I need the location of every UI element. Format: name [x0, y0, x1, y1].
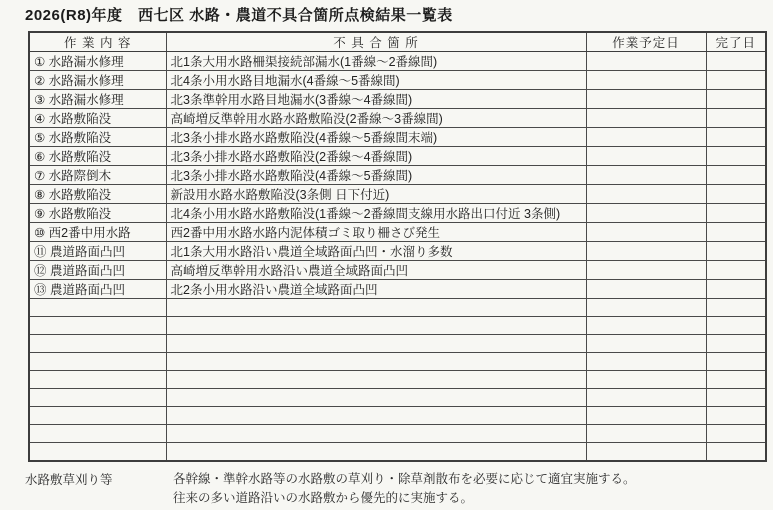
cell-scheduled — [586, 242, 706, 261]
table-row: ⑩ 西2番中用水路西2番中用水路水路内泥体積ゴミ取り柵さび発生 — [29, 223, 766, 242]
cell-location — [166, 353, 586, 371]
cell-work: ⑨ 水路敷陥没 — [29, 204, 166, 223]
cell-completed — [706, 204, 766, 223]
footer-note-line: 往来の多い道路沿いの水路敷から優先的に実施する。 — [173, 489, 636, 508]
cell-completed — [706, 425, 766, 443]
cell-scheduled — [586, 335, 706, 353]
cell-completed — [706, 389, 766, 407]
cell-scheduled — [586, 389, 706, 407]
cell-location: 高崎増反準幹用水路沿い農道全域路面凸凹 — [166, 261, 586, 280]
table-header-row: 作 業 内 容 不 具 合 箇 所 作業予定日 完了日 — [29, 32, 766, 52]
cell-scheduled — [586, 71, 706, 90]
cell-work — [29, 371, 166, 389]
cell-work: ④ 水路敷陥没 — [29, 109, 166, 128]
table-row: ② 水路漏水修理北4条小用水路目地漏水(4番線〜5番線間) — [29, 71, 766, 90]
cell-scheduled — [586, 317, 706, 335]
cell-completed — [706, 371, 766, 389]
cell-completed — [706, 90, 766, 109]
cell-scheduled — [586, 371, 706, 389]
cell-scheduled — [586, 185, 706, 204]
column-header-completion-date: 完了日 — [706, 32, 766, 52]
cell-completed — [706, 128, 766, 147]
scanned-document-page: 2026(R8)年度 西七区 水路・農道不具合箇所点検結果一覧表 作 業 内 容… — [0, 0, 773, 510]
cell-work: ② 水路漏水修理 — [29, 71, 166, 90]
inspection-results-table: 作 業 内 容 不 具 合 箇 所 作業予定日 完了日 ① 水路漏水修理北1条大… — [28, 31, 767, 462]
cell-completed — [706, 353, 766, 371]
cell-completed — [706, 299, 766, 317]
cell-scheduled — [586, 425, 706, 443]
cell-completed — [706, 71, 766, 90]
cell-scheduled — [586, 128, 706, 147]
cell-work: ⑪ 農道路面凸凹 — [29, 242, 166, 261]
cell-location — [166, 299, 586, 317]
cell-location: 北4条小用水路目地漏水(4番線〜5番線間) — [166, 71, 586, 90]
cell-work — [29, 389, 166, 407]
table-row — [29, 371, 766, 389]
table-row — [29, 443, 766, 462]
cell-location: 北3条小排水路水路敷陥没(2番線〜4番線間) — [166, 147, 586, 166]
cell-scheduled — [586, 147, 706, 166]
cell-work: ⑦ 水路際倒木 — [29, 166, 166, 185]
table-row: ⑦ 水路際倒木北3条小排水路水路敷陥没(4番線〜5番線間) — [29, 166, 766, 185]
cell-completed — [706, 280, 766, 299]
cell-scheduled — [586, 223, 706, 242]
footer-note-line: 各幹線・準幹水路等の水路敷の草刈り・除草剤散布を必要に応じて適宜実施する。 — [173, 470, 636, 489]
cell-work: ③ 水路漏水修理 — [29, 90, 166, 109]
cell-work: ⑩ 西2番中用水路 — [29, 223, 166, 242]
table-row: ① 水路漏水修理北1条大用水路柵渠接続部漏水(1番線〜2番線間) — [29, 52, 766, 71]
cell-location — [166, 425, 586, 443]
cell-location — [166, 389, 586, 407]
table-row: ⑤ 水路敷陥没北3条小排水路水路敷陥没(4番線〜5番線間末端) — [29, 128, 766, 147]
cell-work — [29, 335, 166, 353]
cell-scheduled — [586, 204, 706, 223]
cell-scheduled — [586, 443, 706, 462]
cell-completed — [706, 185, 766, 204]
cell-completed — [706, 443, 766, 462]
table-row — [29, 299, 766, 317]
cell-completed — [706, 335, 766, 353]
cell-scheduled — [586, 109, 706, 128]
cell-completed — [706, 223, 766, 242]
cell-work — [29, 353, 166, 371]
cell-scheduled — [586, 261, 706, 280]
cell-scheduled — [586, 353, 706, 371]
footer-mowing-label: 水路敷草刈り等 — [25, 470, 113, 488]
table-row — [29, 407, 766, 425]
column-header-work-content: 作 業 内 容 — [29, 32, 166, 52]
table-row: ⑧ 水路敷陥没新設用水路水路敷陥没(3条側 日下付近) — [29, 185, 766, 204]
column-header-scheduled-date: 作業予定日 — [586, 32, 706, 52]
cell-work — [29, 425, 166, 443]
table-row: ③ 水路漏水修理北3条準幹用水路目地漏水(3番線〜4番線間) — [29, 90, 766, 109]
cell-completed — [706, 317, 766, 335]
table-row: ⑬ 農道路面凸凹北2条小用水路沿い農道全域路面凸凹 — [29, 280, 766, 299]
table-row: ⑥ 水路敷陥没北3条小排水路水路敷陥没(2番線〜4番線間) — [29, 147, 766, 166]
cell-location — [166, 335, 586, 353]
table-row: ④ 水路敷陥没高崎増反準幹用水路水路敷陥没(2番線〜3番線間) — [29, 109, 766, 128]
cell-completed — [706, 242, 766, 261]
cell-location: 新設用水路水路敷陥没(3条側 日下付近) — [166, 185, 586, 204]
cell-location — [166, 317, 586, 335]
page-title: 2026(R8)年度 西七区 水路・農道不具合箇所点検結果一覧表 — [25, 4, 453, 25]
cell-completed — [706, 407, 766, 425]
table-row: ⑨ 水路敷陥没北4条小用水路水路敷陥没(1番線〜2番線間支線用水路出口付近 3条… — [29, 204, 766, 223]
cell-work: ① 水路漏水修理 — [29, 52, 166, 71]
cell-location: 北1条大用水路沿い農道全域路面凸凹・水溜り多数 — [166, 242, 586, 261]
cell-completed — [706, 261, 766, 280]
cell-location — [166, 407, 586, 425]
cell-work: ⑥ 水路敷陥没 — [29, 147, 166, 166]
table-row — [29, 389, 766, 407]
cell-completed — [706, 109, 766, 128]
table-row — [29, 425, 766, 443]
cell-location — [166, 371, 586, 389]
table-row — [29, 335, 766, 353]
cell-completed — [706, 147, 766, 166]
cell-work — [29, 299, 166, 317]
cell-scheduled — [586, 299, 706, 317]
cell-location: 北2条小用水路沿い農道全域路面凸凹 — [166, 280, 586, 299]
cell-location: 北3条準幹用水路目地漏水(3番線〜4番線間) — [166, 90, 586, 109]
cell-scheduled — [586, 280, 706, 299]
cell-location: 西2番中用水路水路内泥体積ゴミ取り柵さび発生 — [166, 223, 586, 242]
cell-scheduled — [586, 407, 706, 425]
table-row — [29, 317, 766, 335]
cell-work: ⑬ 農道路面凸凹 — [29, 280, 166, 299]
cell-location: 北4条小用水路水路敷陥没(1番線〜2番線間支線用水路出口付近 3条側) — [166, 204, 586, 223]
cell-location — [166, 443, 586, 462]
cell-scheduled — [586, 52, 706, 71]
table-row: ⑫ 農道路面凸凹高崎増反準幹用水路沿い農道全域路面凸凹 — [29, 261, 766, 280]
table-row: ⑪ 農道路面凸凹北1条大用水路沿い農道全域路面凸凹・水溜り多数 — [29, 242, 766, 261]
cell-location: 北1条大用水路柵渠接続部漏水(1番線〜2番線間) — [166, 52, 586, 71]
cell-scheduled — [586, 166, 706, 185]
cell-location: 高崎増反準幹用水路水路敷陥没(2番線〜3番線間) — [166, 109, 586, 128]
cell-work — [29, 407, 166, 425]
cell-location: 北3条小排水路水路敷陥没(4番線〜5番線間) — [166, 166, 586, 185]
cell-completed — [706, 52, 766, 71]
cell-location: 北3条小排水路水路敷陥没(4番線〜5番線間末端) — [166, 128, 586, 147]
cell-work: ⑧ 水路敷陥没 — [29, 185, 166, 204]
cell-work — [29, 317, 166, 335]
cell-completed — [706, 166, 766, 185]
cell-work — [29, 443, 166, 462]
column-header-defect-location: 不 具 合 箇 所 — [166, 32, 586, 52]
cell-work: ⑫ 農道路面凸凹 — [29, 261, 166, 280]
footer-notes: 各幹線・準幹水路等の水路敷の草刈り・除草剤散布を必要に応じて適宜実施する。 往来… — [173, 470, 636, 508]
table-row — [29, 353, 766, 371]
cell-scheduled — [586, 90, 706, 109]
cell-work: ⑤ 水路敷陥没 — [29, 128, 166, 147]
table-body: ① 水路漏水修理北1条大用水路柵渠接続部漏水(1番線〜2番線間)② 水路漏水修理… — [29, 52, 766, 462]
